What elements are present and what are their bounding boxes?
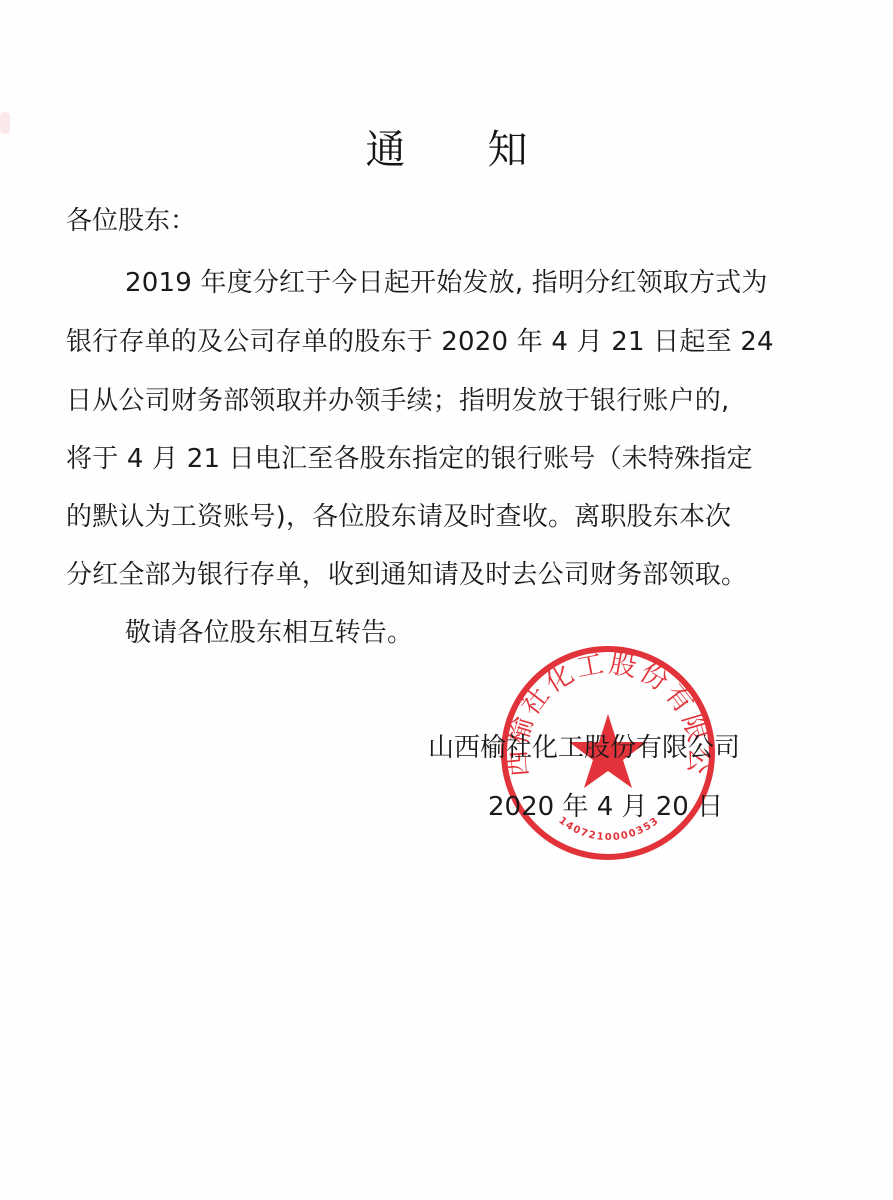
body-line: 分红全部为银行存单，收到通知请及时去公司财务部领取。 xyxy=(66,554,747,591)
body-line: 银行存单的及公司存单的股东于 2020 年 4 月 21 日起至 24 xyxy=(66,321,774,358)
title-char: 知 xyxy=(488,118,528,175)
signature-date: 2020 年 4 月 20 日 xyxy=(488,786,723,823)
page-title: 通知 xyxy=(0,118,893,175)
body-line: 日从公司财务部领取并办领手续；指明发放于银行账户的, xyxy=(66,380,729,417)
document-page: 通知 各位股东： 2019 年度分红于今日起开始发放, 指明分红领取方式为 银行… xyxy=(0,0,893,1200)
body-line: 的默认为工资账号)，各位股东请及时查收。离职股东本次 xyxy=(66,496,731,533)
closing-line: 敬请各位股东相互转告。 xyxy=(125,612,413,649)
signature-company: 山西榆社化工股份有限公司 xyxy=(428,727,740,764)
title-char: 通 xyxy=(366,118,406,175)
body-line: 将于 4 月 21 日电汇至各股东指定的银行账号（未特殊指定 xyxy=(66,438,753,475)
body-line: 2019 年度分红于今日起开始发放, 指明分红领取方式为 xyxy=(125,262,768,299)
salutation: 各位股东： xyxy=(66,200,196,237)
